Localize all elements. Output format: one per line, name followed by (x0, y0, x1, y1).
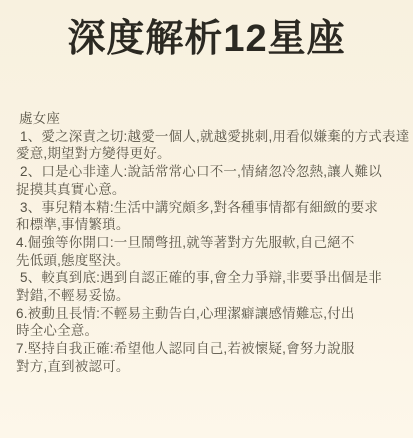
trait-item-6: 6.被動且長情:不輕易主動告白,心理潔癖讓感情難忘,付出 時全心全意。 (16, 305, 408, 340)
section-heading: 處女座 (16, 110, 408, 128)
trait-item-3: 3、事兒精本精:生活中講究頗多,對各種事情都有細緻的要求 和標準,事情繁瑣。 (16, 199, 408, 234)
page-title: 深度解析12星座 (0, 0, 413, 61)
trait-item-2: 2、口是心非達人:說話常常心口不一,情緒忽冷忽熱,讓人難以 捉摸其真實心意。 (16, 163, 408, 198)
trait-item-7: 7.堅持自我正確:希望他人認同自己,若被懷疑,會努力說服 對方,直到被認可。 (16, 340, 408, 375)
virgo-section: 處女座 1、愛之深責之切:越愛一個人,就越愛挑刺,用看似嫌棄的方式表達 愛意,期… (16, 110, 408, 376)
zodiac-poster: 深度解析12星座 處女座 1、愛之深責之切:越愛一個人,就越愛挑刺,用看似嫌棄的… (0, 0, 413, 438)
trait-item-5: 5、較真到底:遇到自認正確的事,會全力爭辯,非要爭出個是非 對錯,不輕易妥協。 (16, 269, 408, 304)
trait-item-1: 1、愛之深責之切:越愛一個人,就越愛挑刺,用看似嫌棄的方式表達 愛意,期望對方變… (16, 128, 408, 163)
trait-item-4: 4.倔強等你開口:一旦鬧彆扭,就等著對方先服軟,自己絕不 先低頭,態度堅決。 (16, 234, 408, 269)
